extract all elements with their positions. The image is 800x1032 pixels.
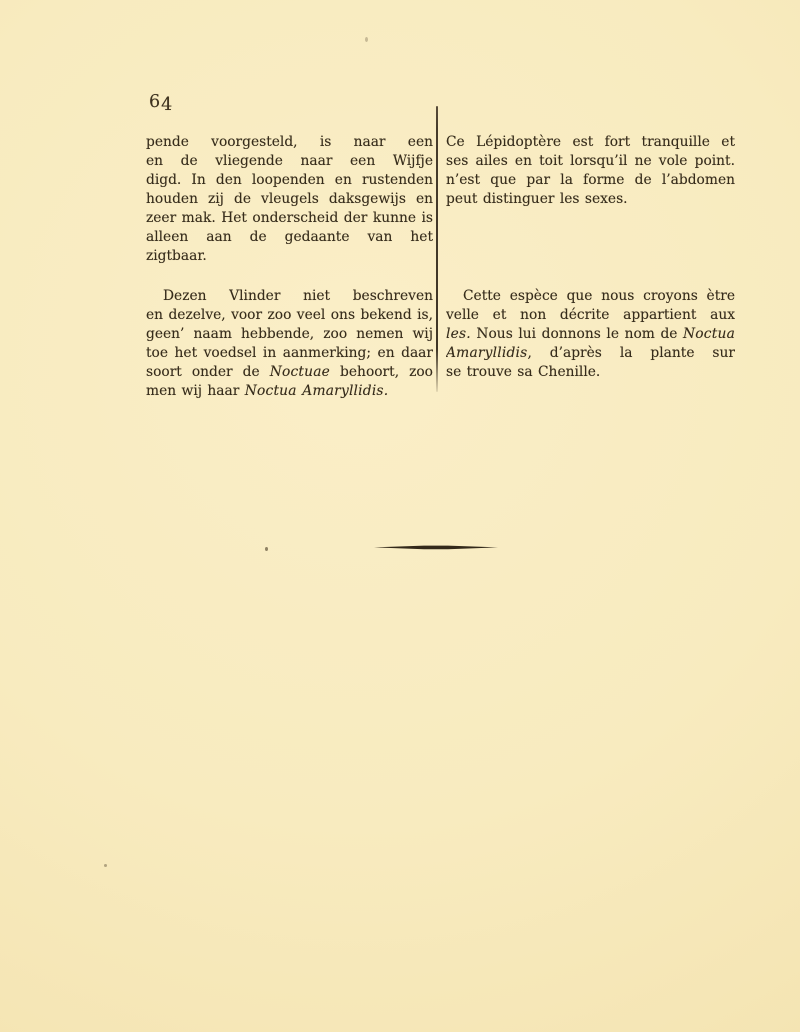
text-line: peut distinguer les sexes. (446, 190, 735, 209)
paragraph: pende voorgesteld, is naar een Mannetje,… (146, 133, 433, 266)
text-line: n’est que par la forme de l’abdomen qu’o… (446, 171, 735, 190)
paper-speck (365, 37, 368, 42)
text-line: en de vliegende naar een Wijfje vervaar- (146, 152, 433, 171)
text-line: houden zij de vleugels daksgewijs en zij… (146, 190, 433, 209)
text-line: velle et non décrite appartient aux Noct… (446, 306, 735, 325)
paper-speck (265, 547, 268, 551)
paragraph: Ce Lépidoptère est fort tranquille et po… (446, 133, 735, 209)
text-line: zeer mak. Het onderscheid der kunne is (146, 209, 433, 228)
text-line: Ce Lépidoptère est fort tranquille et po… (446, 133, 735, 152)
text-line: digd. In den loopenden en rustenden stan… (146, 171, 433, 190)
text-line: soort onder de Noctuae behoort, zoo noe- (146, 363, 433, 382)
section-end-swelled-rule (374, 544, 498, 551)
column-divider-rule (436, 106, 438, 392)
text-line: Cette espèce que nous croyons ètre nou- (446, 287, 735, 306)
text-line: men wij haar Noctua Amaryllidis. (146, 382, 433, 401)
paper-speck (104, 864, 107, 867)
text-line: les. Nous lui donnons le nom de Noctua (446, 325, 735, 344)
text-line: ses ailes en toit lorsqu’il ne vole poin… (446, 152, 735, 171)
text-line: toe het voedsel in aanmerking; en daar d… (146, 344, 433, 363)
text-line: zigtbaar. (146, 247, 433, 266)
text-line: se trouve sa Chenille. (446, 363, 735, 382)
paragraph: Dezen Vlinder niet beschreven vindende,e… (146, 287, 433, 401)
text-line: alleen aan de gedaante van het achterlij… (146, 228, 433, 247)
text-line: Amaryllidis, d’après la plante sur laque… (446, 344, 735, 363)
text-column-french: Ce Lépidoptère est fort tranquille et po… (446, 133, 735, 382)
text-line: pende voorgesteld, is naar een Mannetje, (146, 133, 433, 152)
paragraph: Cette espèce que nous croyons ètre nou-v… (446, 287, 735, 382)
text-column-dutch: pende voorgesteld, is naar een Mannetje,… (146, 133, 433, 401)
text-line: en dezelve, voor zoo veel ons bekend is,… (146, 306, 433, 325)
page-number: 64 (149, 92, 173, 113)
text-line: Dezen Vlinder niet beschreven vindende, (146, 287, 433, 306)
text-line: geen’ naam hebbende, zoo nemen wij daar- (146, 325, 433, 344)
book-page: 64 pende voorgesteld, is naar een Mannet… (0, 0, 800, 1032)
